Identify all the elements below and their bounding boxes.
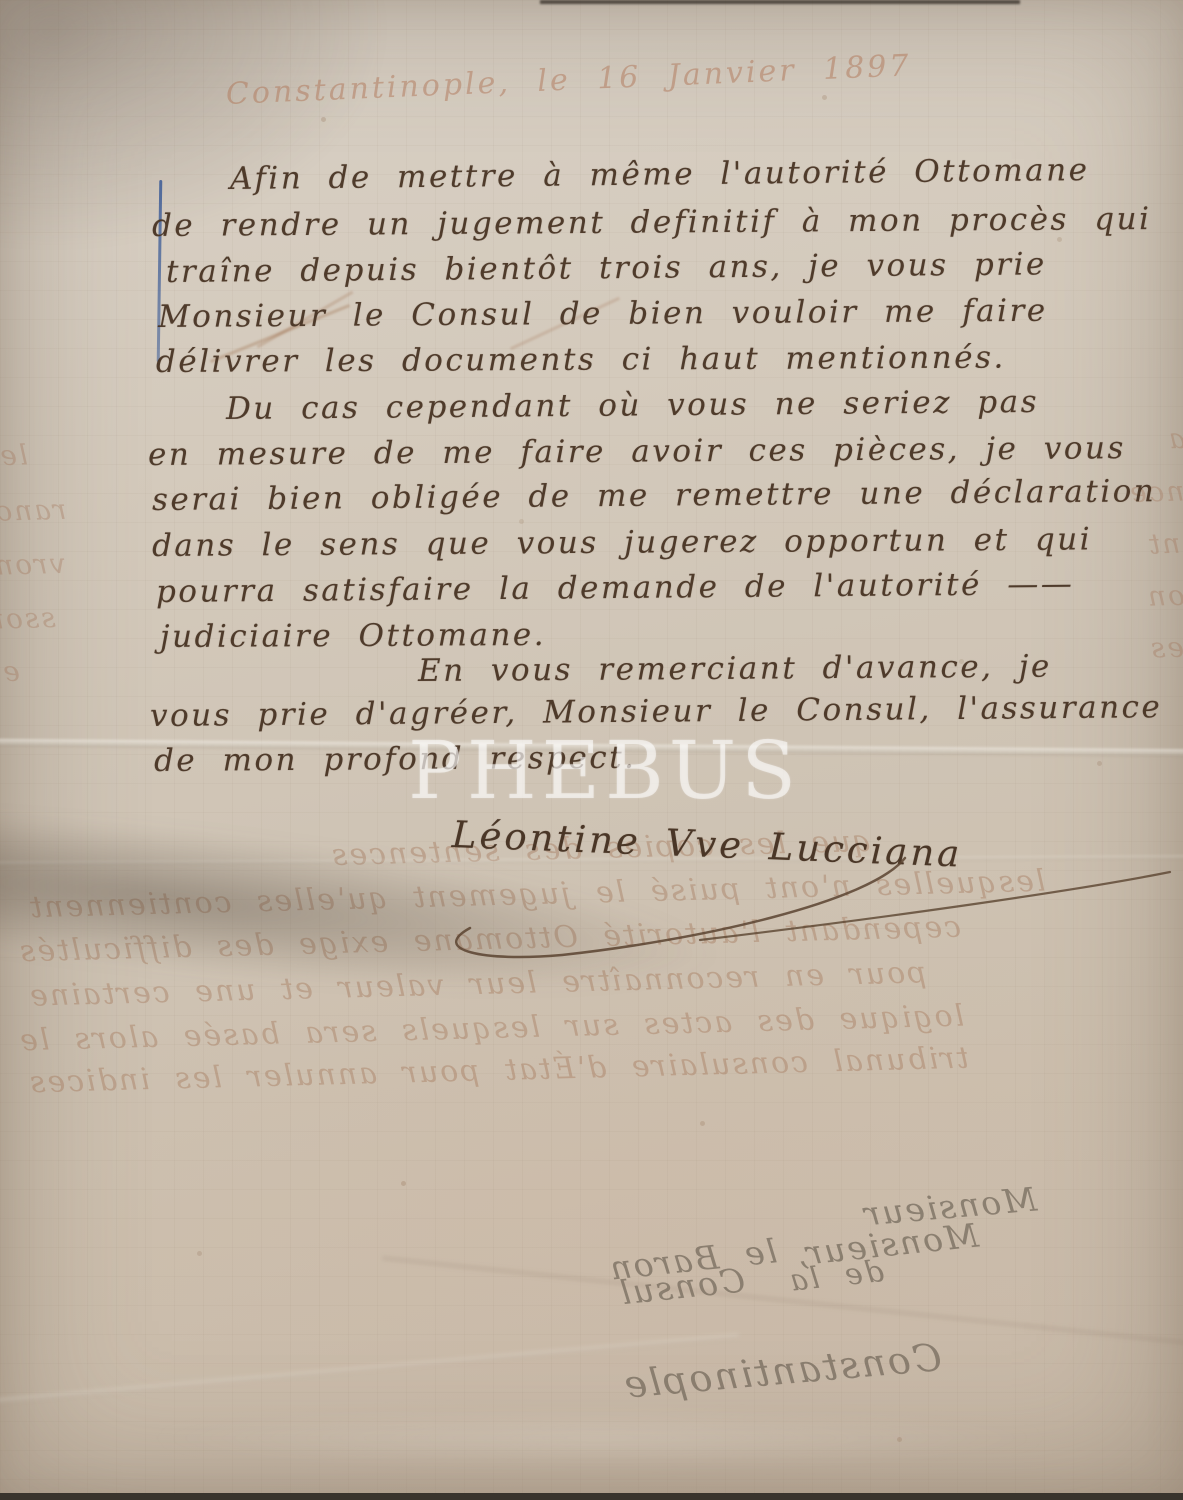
body-line: délivrer les documents ci haut mentionné…	[156, 343, 1006, 378]
body-line: dans le sens que vous jugerez opportun e…	[152, 524, 1092, 562]
body-line: traîne depuis bientôt trois ans, je vous…	[166, 249, 1047, 288]
body-line: Afin de mettre à même l'autorité Ottoman…	[230, 155, 1090, 195]
bleedthrough-fragment: les	[1149, 633, 1183, 662]
scanned-letter-photo: que les copies des sentences lesquelles …	[0, 0, 1183, 1500]
bleedthrough-fragment: les	[0, 441, 28, 470]
top-edge-shadow	[540, 0, 1020, 4]
watermark: PHEBUS	[408, 724, 801, 817]
body-line: judiciaire Ottomane.	[160, 620, 546, 653]
body-line: Monsieur le Consul de bien vouloir me fa…	[158, 296, 1048, 333]
bleedthrough-fragment: la	[1167, 425, 1183, 454]
body-line: Du cas cependant où vous ne seriez pas	[226, 387, 1039, 425]
letter-paper: que les copies des sentences lesquelles …	[0, 0, 1183, 1493]
bottom-crease-highlight	[140, 1408, 1060, 1468]
bleedthrough-fragment: et	[0, 658, 20, 687]
bleedthrough-fragment: ont	[1146, 529, 1183, 558]
bottom-crease	[382, 1256, 1183, 1348]
bleedthrough-address-line: de la	[787, 1257, 886, 1297]
body-line: de rendre un jugement definitif à mon pr…	[152, 204, 1152, 242]
signature-flourish	[400, 820, 1180, 990]
body-line: en mesure de me faire avoir ces pièces, …	[148, 433, 1126, 471]
body-line: En vous remerciant d'avance, je	[418, 652, 1052, 687]
body-line: pourra satisfaire la demande de l'autori…	[156, 569, 1075, 608]
body-line: serai bien obligée de me remettre une dé…	[152, 476, 1157, 516]
bleedthrough-fragment: vront	[0, 550, 66, 580]
bleedthrough-fragment: sson	[0, 604, 56, 634]
bleedthrough-address-line: Constantinople	[621, 1338, 943, 1404]
paper-speckles	[0, 0, 3, 3]
bleedthrough-fragment: son	[1145, 581, 1183, 610]
bottom-edge-background	[0, 1493, 1183, 1500]
bleedthrough-fragment: rance	[0, 496, 67, 526]
